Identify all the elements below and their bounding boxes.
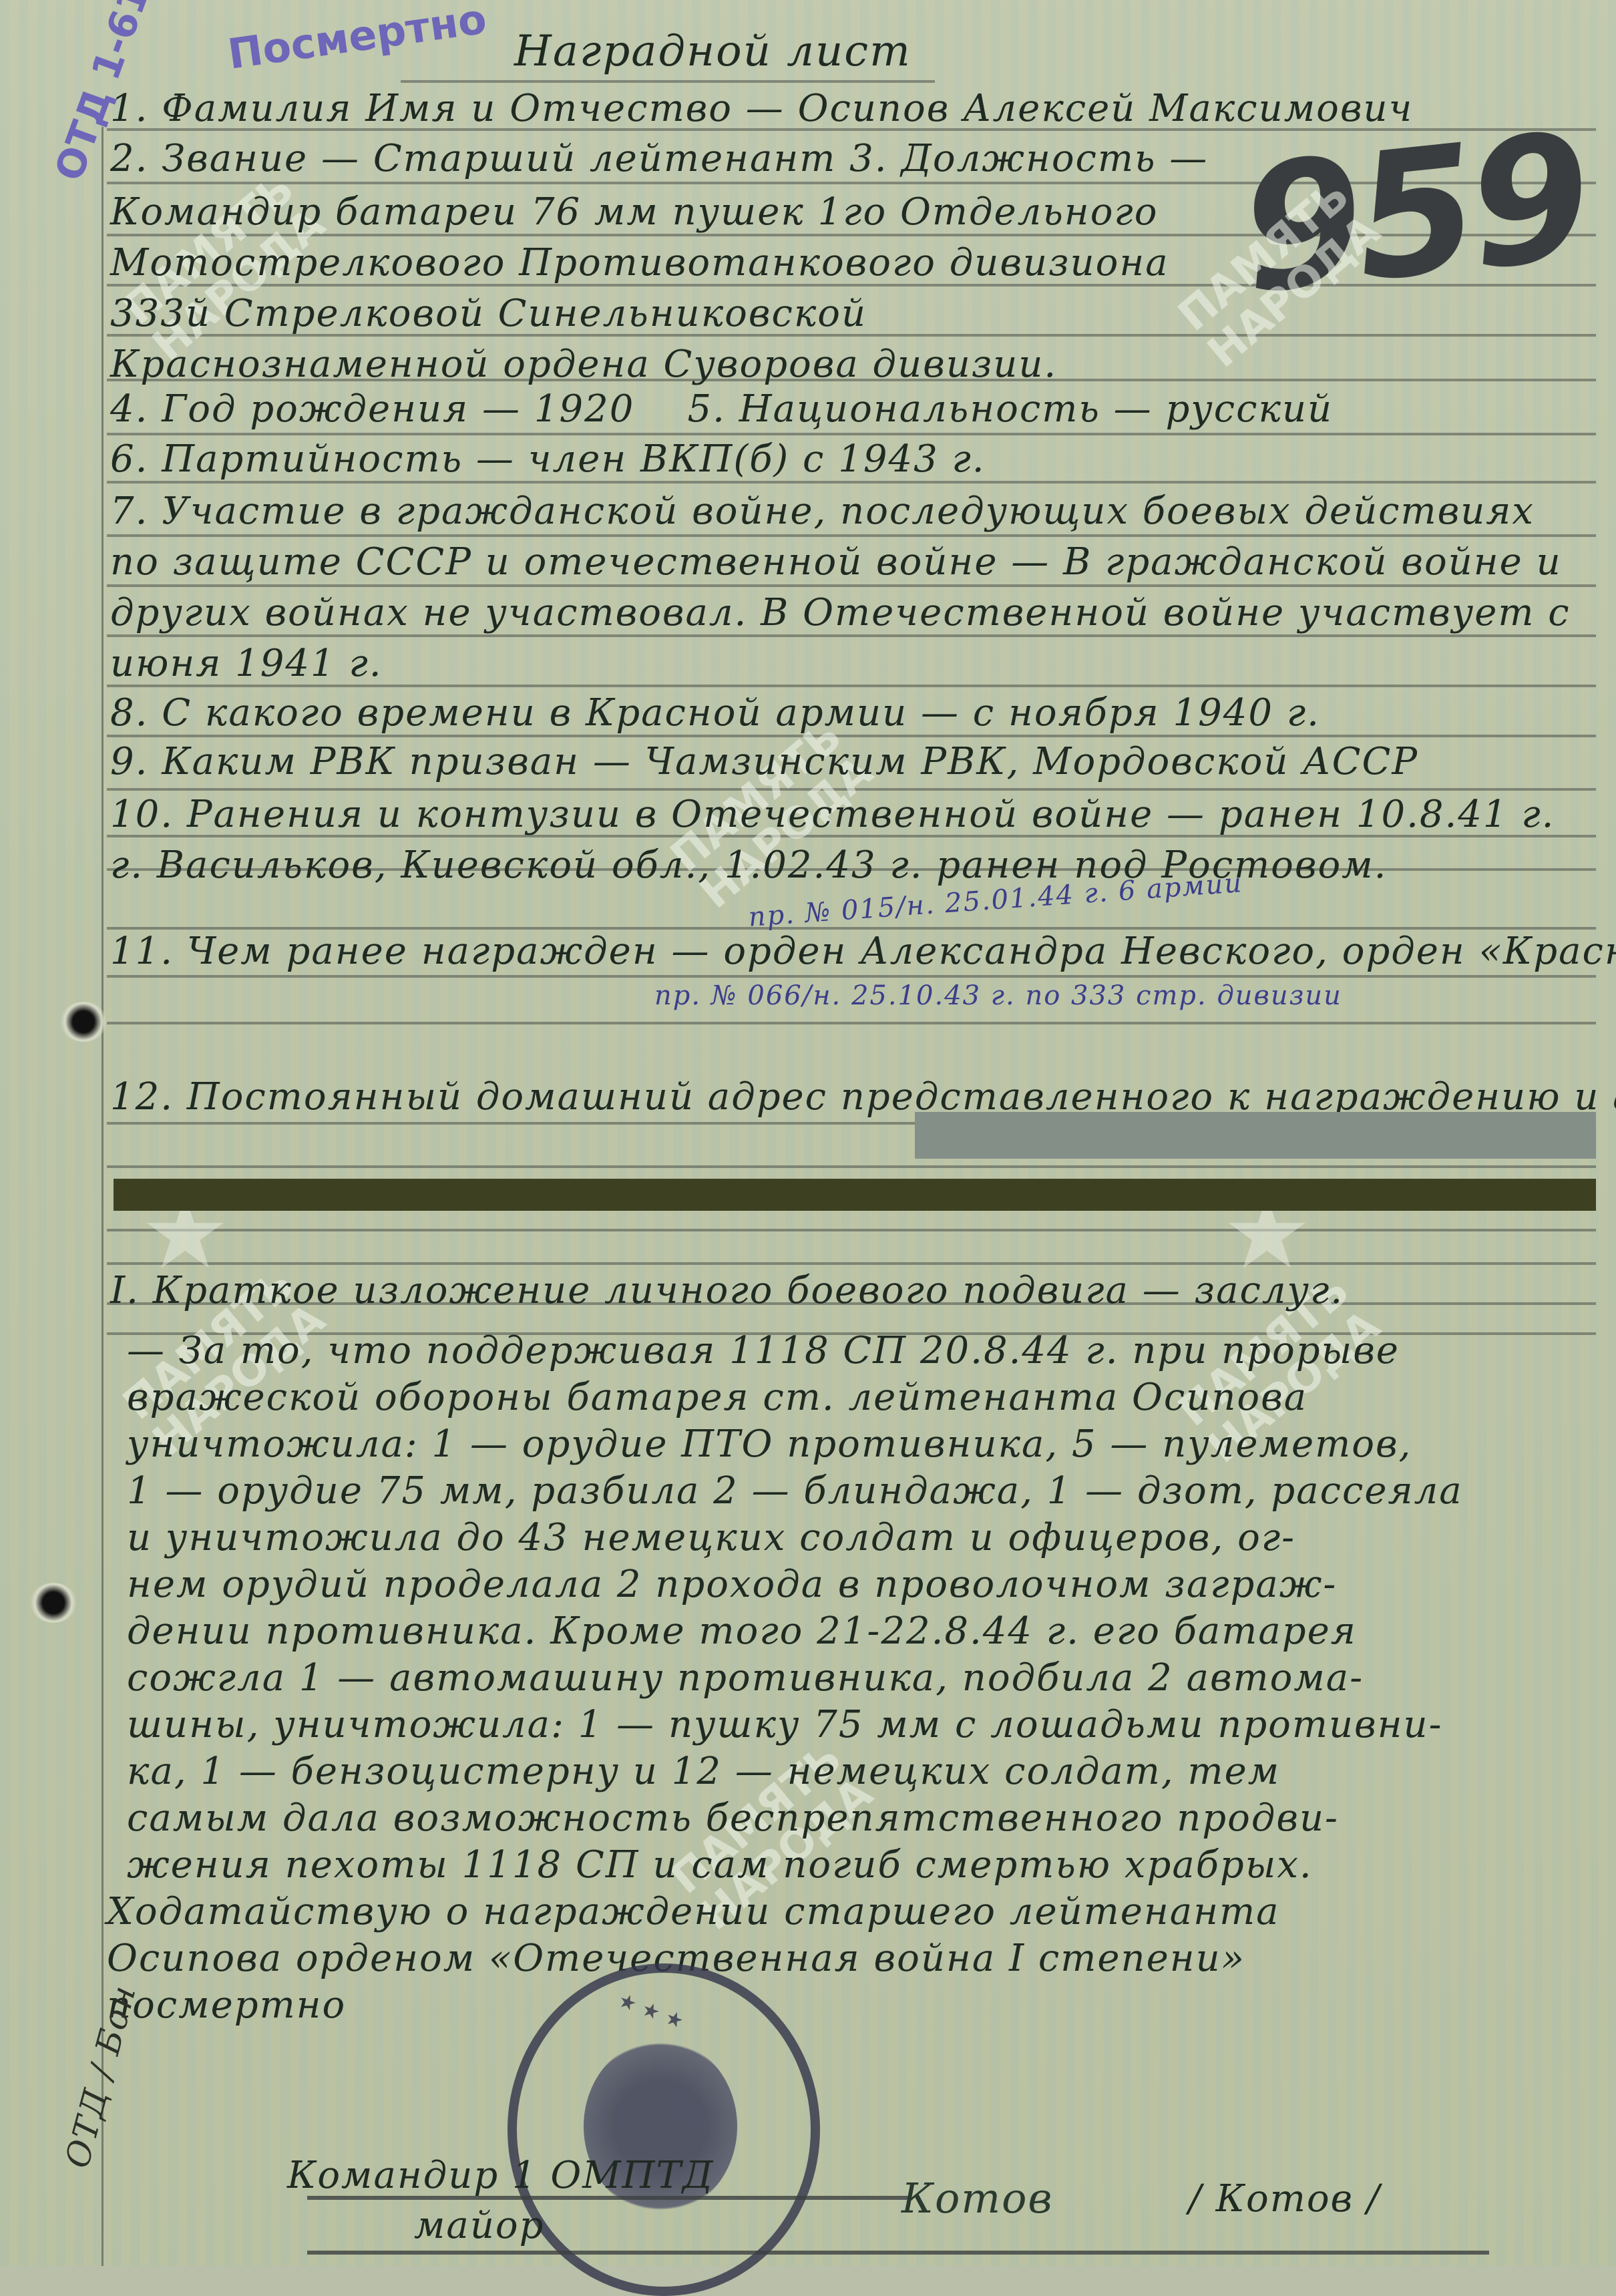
field-value: Старший лейтенант (373, 137, 837, 180)
narrative-line: вражеской обороны батарея ст. лейтенанта… (127, 1376, 1307, 1419)
field-label: 4. Год рождения — (110, 387, 521, 431)
field-7: 7. Участие в гражданской войне, последую… (110, 486, 1579, 689)
narrative-line: и уничтожила до 43 немецких солдат и офи… (127, 1516, 1295, 1559)
narrative-line: шины, уничтожила: 1 — пушку 75 мм с лоша… (127, 1703, 1443, 1746)
field-10: 10. Ранения и контузии в Отечественной в… (110, 789, 1579, 891)
ruled-line (107, 481, 1596, 484)
field-value: с ноября 1940 г. (973, 691, 1320, 735)
narrative-line: нем орудий проделала 2 прохода в проволо… (127, 1563, 1337, 1606)
signature-line (307, 2196, 908, 2200)
field-label: 2. Звание — (110, 137, 360, 180)
field-label: 8. С какого времени в Красной армии — (110, 691, 960, 735)
field-label: 6. Партийность — (110, 437, 515, 481)
field-8: 8. С какого времени в Красной армии — с … (110, 691, 1320, 735)
ruled-line (107, 433, 1596, 435)
ruled-line (107, 975, 1596, 978)
award-sheet: ОТД 1-61 Посмертно Наградной лист 959 ПА… (0, 0, 1616, 2266)
narrative-line: уничтожила: 1 — орудие ПТО противника, 5… (127, 1422, 1412, 1466)
posthumous-stamp: Посмертно (225, 0, 489, 79)
section-heading: I. Краткое изложение личного боевого под… (110, 1269, 1344, 1312)
margin-line (102, 127, 104, 2266)
field-value: русский (1165, 387, 1333, 431)
field-label: 3. Должность — (849, 137, 1208, 180)
narrative-line: Ходатайствую о награждении старшего лейт… (107, 1890, 1280, 1933)
field-3-value: Командир батареи 76 мм пушек 1го Отдельн… (110, 187, 1245, 390)
narrative-line: самым дала возможность беспрепятственног… (127, 1796, 1339, 1840)
field-label: 9. Каким РВК призван — (110, 740, 632, 783)
field-value: Чамзинским РВК, Мордовской АССР (645, 740, 1418, 783)
ruled-line (401, 80, 935, 83)
field-value: орден Александра Невского, орден «Красна… (723, 930, 1616, 973)
punch-hole (60, 1002, 107, 1042)
punch-hole (30, 1583, 77, 1623)
official-seal: ★ ★ ★ (508, 1963, 820, 2266)
narrative-line: — За то, что поддерживая 1118 СП 20.8.44… (127, 1329, 1400, 1372)
signatory-role: Командир 1 ОМПТД (287, 2154, 714, 2197)
redaction-block (915, 1112, 1596, 1159)
field-4-5: 4. Год рождения — 1920 5. Национальность… (110, 387, 1333, 431)
field-2: 2. Звание — Старший лейтенант 3. Должнос… (110, 137, 1208, 180)
field-1: 1. Фамилия Имя и Отчество — Осипов Алекс… (110, 87, 1413, 130)
field-value: Осипов Алексей Максимович (798, 87, 1414, 130)
ruled-line (107, 1262, 1596, 1265)
seal-text: ★ ★ ★ (615, 1989, 686, 2034)
signatory-rank: майор (414, 2204, 544, 2247)
signature-line (307, 2251, 1489, 2255)
signatory-name: / Котов / (1189, 2177, 1381, 2221)
field-label: 1. Фамилия Имя и Отчество — (110, 87, 785, 130)
field-6: 6. Партийность — член ВКП(б) с 1943 г. (110, 437, 986, 481)
document-title: Наградной лист (514, 27, 912, 76)
narrative-line: дении противника. Кроме того 21-22.8.44 … (127, 1609, 1357, 1653)
ruled-line (107, 1165, 1596, 1168)
field-11: 11. Чем ранее награжден — орден Александ… (110, 930, 1616, 973)
narrative-line: жения пехоты 1118 СП и сам погиб смертью… (127, 1843, 1313, 1887)
narrative-line: 1 — орудие 75 мм, разбила 2 — блиндажа, … (127, 1469, 1463, 1513)
field-value: член ВКП(б) с 1943 г. (528, 437, 986, 481)
ruled-line (107, 1229, 1596, 1231)
narrative-line: сожгла 1 — автомашину противника, подбил… (127, 1656, 1364, 1700)
narrative-line: ка, 1 — бензоцистерну и 12 — немецких со… (127, 1750, 1280, 1793)
redaction-block (114, 1179, 1596, 1211)
field-label: 10. Ранения и контузии в Отечественной в… (110, 793, 1205, 836)
field-value: 1920 (534, 387, 635, 431)
signature: Котов (901, 2174, 1054, 2223)
ruled-line (107, 735, 1596, 737)
margin-note: ОТД / Бон (57, 1981, 144, 2172)
field-label: 11. Чем ранее награжден — (110, 930, 711, 973)
ruled-line (107, 1022, 1596, 1024)
field-label: 5. Национальность — (688, 387, 1153, 431)
field-9: 9. Каким РВК призван — Чамзинским РВК, М… (110, 740, 1418, 783)
award-annotation: пр. № 066/н. 25.10.43 г. по 333 стр. див… (654, 980, 1342, 1011)
